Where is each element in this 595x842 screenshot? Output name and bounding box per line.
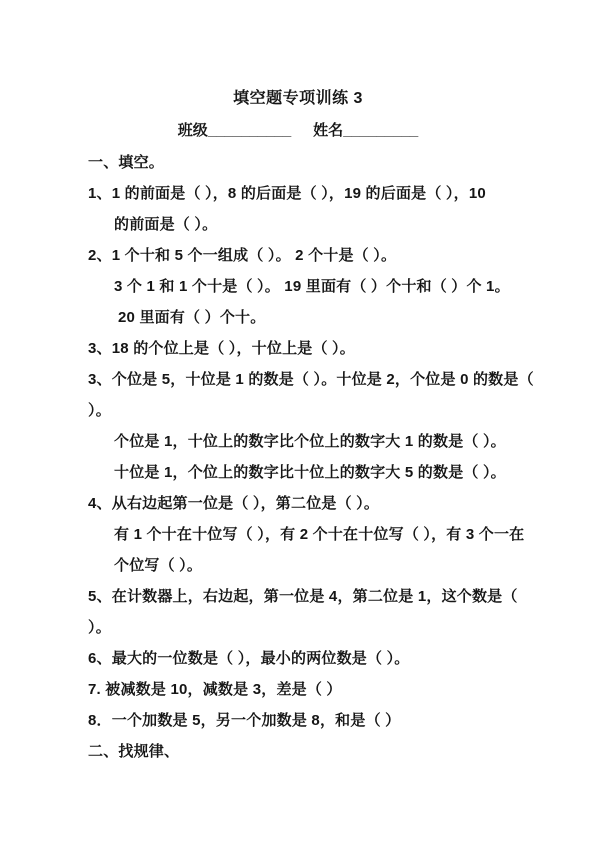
question-line: 8．一个加数是 5，另一个加数是 8，和是（ ） <box>88 705 508 736</box>
section-1-heading: 一、填空。 <box>88 147 508 178</box>
class-blank-line: __________ <box>208 122 291 139</box>
question-line: 的前面是（ ）。 <box>88 209 508 240</box>
question-line: 1、1 的前面是（ ），8 的后面是（ ），19 的后面是（ ），10 <box>88 178 508 209</box>
question-line: 3、个位是 5，十位是 1 的数是（ ）。十位是 2，个位是 0 的数是（ <box>88 364 508 395</box>
section-2-heading: 二、找规律、 <box>88 736 508 767</box>
question-line: 4、从右边起第一位是（ ），第二位是（ ）。 <box>88 488 508 519</box>
question-line: 2、1 个十和 5 个一组成（ ）。 2 个十是（ ）。 <box>88 240 508 271</box>
question-line: 7. 被减数是 10，减数是 3，差是（ ） <box>88 674 508 705</box>
question-line: 个位是 1，十位上的数字比个位上的数字大 1 的数是（ ）。 <box>88 426 508 457</box>
question-line: 5、在计数器上，右边起，第一位是 4，第二位是 1，这个数是（ <box>88 581 508 612</box>
name-label: 姓名 <box>313 122 343 139</box>
question-line: ）。 <box>88 395 508 426</box>
question-line: 6、最大的一位数是（ ），最小的两位数是（ ）。 <box>88 643 508 674</box>
page-title: 填空题专项训练 3 <box>88 82 508 115</box>
question-line: ）。 <box>88 612 508 643</box>
question-line: 十位是 1，个位上的数字比十位上的数字大 5 的数是（ ）。 <box>88 457 508 488</box>
question-line: 3 个 1 和 1 个十是（ ）。 19 里面有（ ）个十和（ ）个 1。 <box>88 271 508 302</box>
worksheet-content: 填空题专项训练 3 班级__________姓名_________ 一、填空。 … <box>88 82 508 767</box>
question-line: 有 1 个十在十位写（ ），有 2 个十在十位写（ ），有 3 个一在 <box>88 519 508 550</box>
name-blank-line: _________ <box>343 122 418 139</box>
question-line: 20 里面有（ ）个十。 <box>88 302 508 333</box>
question-line: 个位写（ ）。 <box>88 550 508 581</box>
worksheet-page: 填空题专项训练 3 班级__________姓名_________ 一、填空。 … <box>0 0 595 842</box>
question-line: 3、18 的个位上是（ ），十位上是（ ）。 <box>88 333 508 364</box>
class-label: 班级 <box>178 122 208 139</box>
class-name-line: 班级__________姓名_________ <box>88 115 508 147</box>
